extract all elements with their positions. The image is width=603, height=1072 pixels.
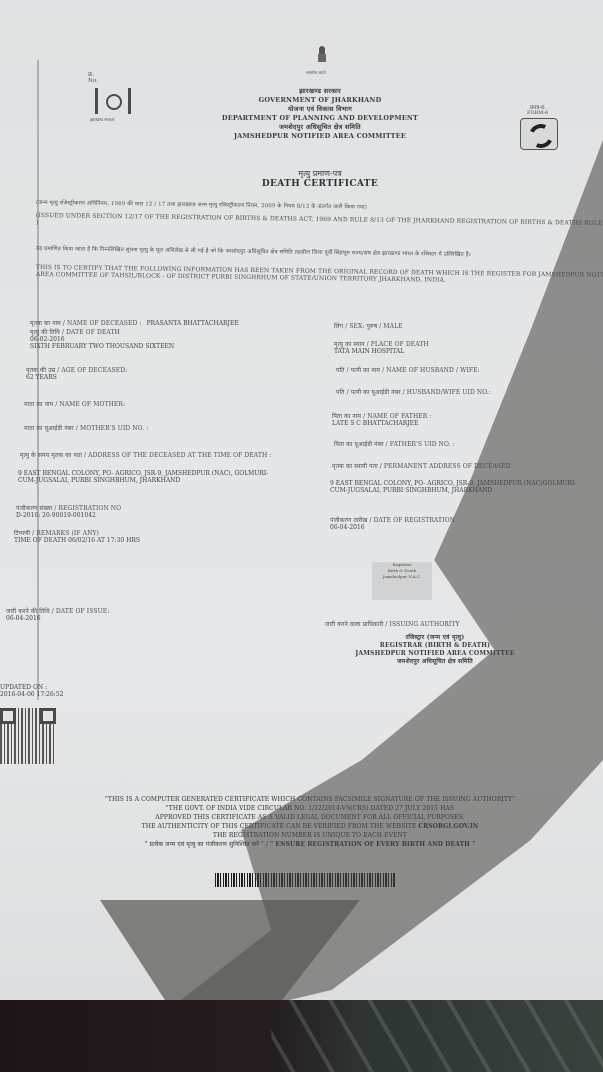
qr-code: [0, 708, 56, 764]
field-date-of-death: मृत्यु की तिथि / DATE OF DEATH 06-02-201…: [30, 328, 174, 350]
state-emblem-caption: झारखण्ड सरकार: [90, 117, 114, 123]
mother-label: माता का नाम / NAME OF MOTHER:: [24, 400, 125, 408]
registrar-en: REGISTRAR (BIRTH & DEATH): [340, 642, 530, 650]
registrar-hi: रजिस्ट्रार (जन्म एवं मृत्यु): [340, 634, 530, 642]
verification-website: CRSORGI.GOV.IN: [418, 823, 478, 830]
updated-value: 2016-04-06 17:26:52: [0, 691, 63, 698]
issued-under-en: (ISSUED UNDER SECTION 12/17 OF THE REGIS…: [36, 212, 603, 234]
field-age: मृतक की उम्र / AGE OF DECEASED: 62 YEARS: [26, 366, 127, 381]
reg-date-label: पंजीकरण तारीख / DATE OF REGISTRATION: [330, 516, 455, 524]
reg-no-label: पंजीकरण संख्या / REGISTRATION NO: [16, 504, 121, 512]
footer-notice: "THIS IS A COMPUTER GENERATED CERTIFICAT…: [40, 795, 580, 849]
footer-line-1: "THIS IS A COMPUTER GENERATED CERTIFICAT…: [40, 795, 580, 804]
title-en: DEATH CERTIFICATE: [200, 179, 440, 189]
father-label: पिता का नाम / NAME OF FATHER :: [332, 412, 432, 420]
remarks-label: टिप्पणी / REMARKS (IF ANY): [14, 529, 140, 537]
address-perm-value: 9 EAST BENGAL COLONY, PO- AGRICO, JSR-9,…: [330, 480, 580, 494]
certificate-paper: क्र. No. झारखण्ड सरकार सत्यमेव जयते झारख…: [0, 0, 603, 1000]
sex-label: लिंग / SEX: पुरुष / MALE: [334, 322, 403, 330]
committee-en: JAMSHEDPUR NOTIFIED AREA COMMITTEE: [200, 132, 440, 141]
jharkhand-emblem-icon: [95, 88, 131, 114]
footer-line-4: THE AUTHENTICITY OF THIS CERTIFICATE CAN…: [40, 822, 580, 831]
registrar-block: रजिस्ट्रार (जन्म एवं मृत्यु) REGISTRAR (…: [340, 634, 530, 666]
spouse-uid-label: पति / पत्नी का यूआईडी नंबर / HUSBAND/WIF…: [336, 388, 491, 396]
field-registration-no: पंजीकरण संख्या / REGISTRATION NO D-2016:…: [16, 504, 121, 519]
header-block: झारखण्ड सरकार GOVERNMENT OF JHARKHAND यो…: [200, 87, 440, 141]
registrar-org-en: JAMSHEDPUR NOTIFIED AREA COMMITTEE: [340, 650, 530, 658]
dept-en: DEPARTMENT OF PLANNING AND DEVELOPMENT: [200, 114, 440, 123]
issuing-authority-label: जारी करने वाला प्राधिकारी / ISSUING AUTH…: [325, 620, 460, 628]
form-en: FORM-6: [527, 110, 548, 116]
father-uid-label: पिता का यूआईडी नंबर / FATHER'S UID NO. :: [334, 440, 455, 448]
dod-label: मृत्यु की तिथि / DATE OF DEATH: [30, 328, 174, 336]
certify-en: THIS IS TO CERTIFY THAT THE FOLLOWING IN…: [36, 264, 603, 286]
footer-line-6: " प्रत्येक जन्म एवं मृत्यु का पंजीकरण सु…: [40, 840, 580, 849]
issue-date-label: जारी करने की तिथि / DATE OF ISSUE:: [6, 607, 109, 615]
field-date-of-issue: जारी करने की तिथि / DATE OF ISSUE: 06-04…: [6, 607, 109, 622]
pod-label: मृत्यु का स्थान / PLACE OF DEATH: [334, 340, 429, 348]
govt-en: GOVERNMENT OF JHARKHAND: [200, 96, 440, 105]
mother-uid-label: माता का यूआईडी नंबर / MOTHER'S UID NO. :: [24, 424, 148, 432]
name-label: मृतक का नाम / NAME OF DECEASED :: [30, 320, 142, 327]
dod-words: SIXTH FEBRUARY TWO THOUSAND SIXTEEN: [30, 343, 174, 350]
national-emblem-caption: सत्यमेव जयते: [306, 70, 326, 76]
dept-hi: योजना एवं विकास विभाग: [200, 105, 440, 114]
updated-on: UPDATED ON : 2016-04-06 17:26:52: [0, 684, 63, 698]
address-perm-label: मृतक का स्थायी पता / PERMANENT ADDRESS O…: [332, 462, 511, 470]
background-cloth: [0, 1000, 603, 1072]
pod-value: TATA MAIN HOSPITAL: [334, 348, 429, 355]
footer-line-5: THE REGISTRATION NUMBER IS UNIQUE TO EAC…: [40, 831, 580, 840]
certify-hi: यह प्रमाणित किया जाता है कि निम्नलिखित स…: [36, 246, 603, 261]
registrar-org-hi: जमशेदपुर अधिसूचित क्षेत्र समिति: [340, 658, 530, 666]
footer-line-2: "THE GOVT. OF INDIA VIDE CIRCULAR NO. 1/…: [40, 804, 580, 813]
title-hi: मृत्यु प्रमाण-पत्र: [200, 168, 440, 179]
field-remarks: टिप्पणी / REMARKS (IF ANY) TIME OF DEATH…: [14, 529, 140, 544]
address-death-label: मृत्यु के समय मृतक का पता / ADDRESS OF T…: [20, 451, 271, 459]
serial-label-hi: क्र.: [88, 70, 94, 78]
field-place-of-death: मृत्यु का स्थान / PLACE OF DEATH TATA MA…: [334, 340, 429, 355]
name-value: PRASANTA BHATTACHARJEE: [147, 320, 239, 327]
facsimile-signature-seal: Registrar Birth & Death Jamshedpur N.A.C…: [372, 562, 432, 600]
crs-logo-icon: [520, 118, 558, 150]
spouse-label: पति / पत्नी का नाम / NAME OF HUSBAND / W…: [336, 366, 480, 374]
dod-value: 06-02-2016: [30, 336, 174, 343]
issue-date-value: 06-04-2016: [6, 615, 109, 622]
updated-label: UPDATED ON :: [0, 684, 63, 691]
committee-hi: जमशेदपुर अधिसूचित क्षेत्र समिति: [200, 123, 440, 132]
age-value: 62 YEARS: [26, 374, 127, 381]
seal-line-3: Jamshedpur N.A.C.: [372, 574, 432, 580]
address-death-value: 9 EAST BENGAL COLONY, PO- AGRICO, JSR-9,…: [18, 470, 278, 484]
field-registration-date: पंजीकरण तारीख / DATE OF REGISTRATION 06-…: [330, 516, 455, 531]
age-label: मृतक की उम्र / AGE OF DECEASED:: [26, 366, 127, 374]
reg-no-value: D-2016: 20-90019-001042: [16, 512, 121, 519]
serial-label-en: No.: [88, 78, 98, 84]
govt-hi: झारखण्ड सरकार: [200, 87, 440, 96]
title-block: मृत्यु प्रमाण-पत्र DEATH CERTIFICATE: [200, 168, 440, 189]
father-value: LATE S C BHATTACHARJEE: [332, 420, 432, 427]
field-name-of-deceased: मृतक का नाम / NAME OF DECEASED : PRASANT…: [30, 310, 239, 329]
national-emblem-icon: [316, 46, 328, 64]
footer-line-3: APPROVED THIS CERTIFICATE AS A VALID LEG…: [40, 813, 580, 822]
barcode: [215, 873, 395, 887]
field-father: पिता का नाम / NAME OF FATHER : LATE S C …: [332, 412, 432, 427]
remarks-value: TIME OF DEATH 06/02/16 AT 17:30 HRS: [14, 537, 140, 544]
reg-date-value: 06-04-2016: [330, 524, 455, 531]
